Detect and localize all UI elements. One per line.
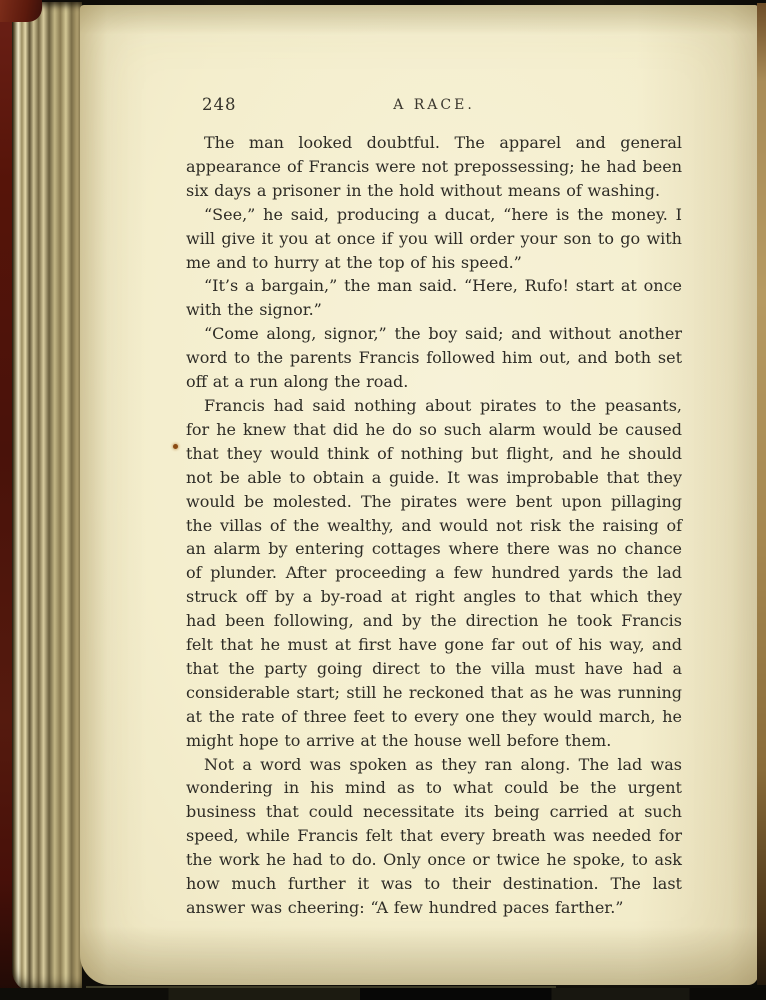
running-title: A RACE. [186,94,682,113]
page-content: 248 A RACE. The man looked doubtful. The… [186,94,682,920]
page-number: 248 [202,95,237,114]
paragraph: “See,” he said, producing a ducat, “here… [186,203,682,275]
ink-speck [173,444,178,449]
paragraph: The man looked doubtful. The apparel and… [186,131,682,203]
page-edges [12,2,82,992]
paragraph: Not a word was spoken as they ran along.… [186,753,682,920]
book-page: 248 A RACE. The man looked doubtful. The… [80,5,758,985]
paragraph: “It’s a bargain,” the man said. “Here, R… [186,274,682,322]
book-cover-corner [0,0,42,22]
paragraph: Francis had said nothing about pirates t… [186,394,682,753]
page-header: 248 A RACE. [186,94,682,116]
paragraph: “Come along, signor,” the boy said; and … [186,322,682,394]
page-right-edge [757,3,766,985]
book-bottom-board [0,988,766,1000]
